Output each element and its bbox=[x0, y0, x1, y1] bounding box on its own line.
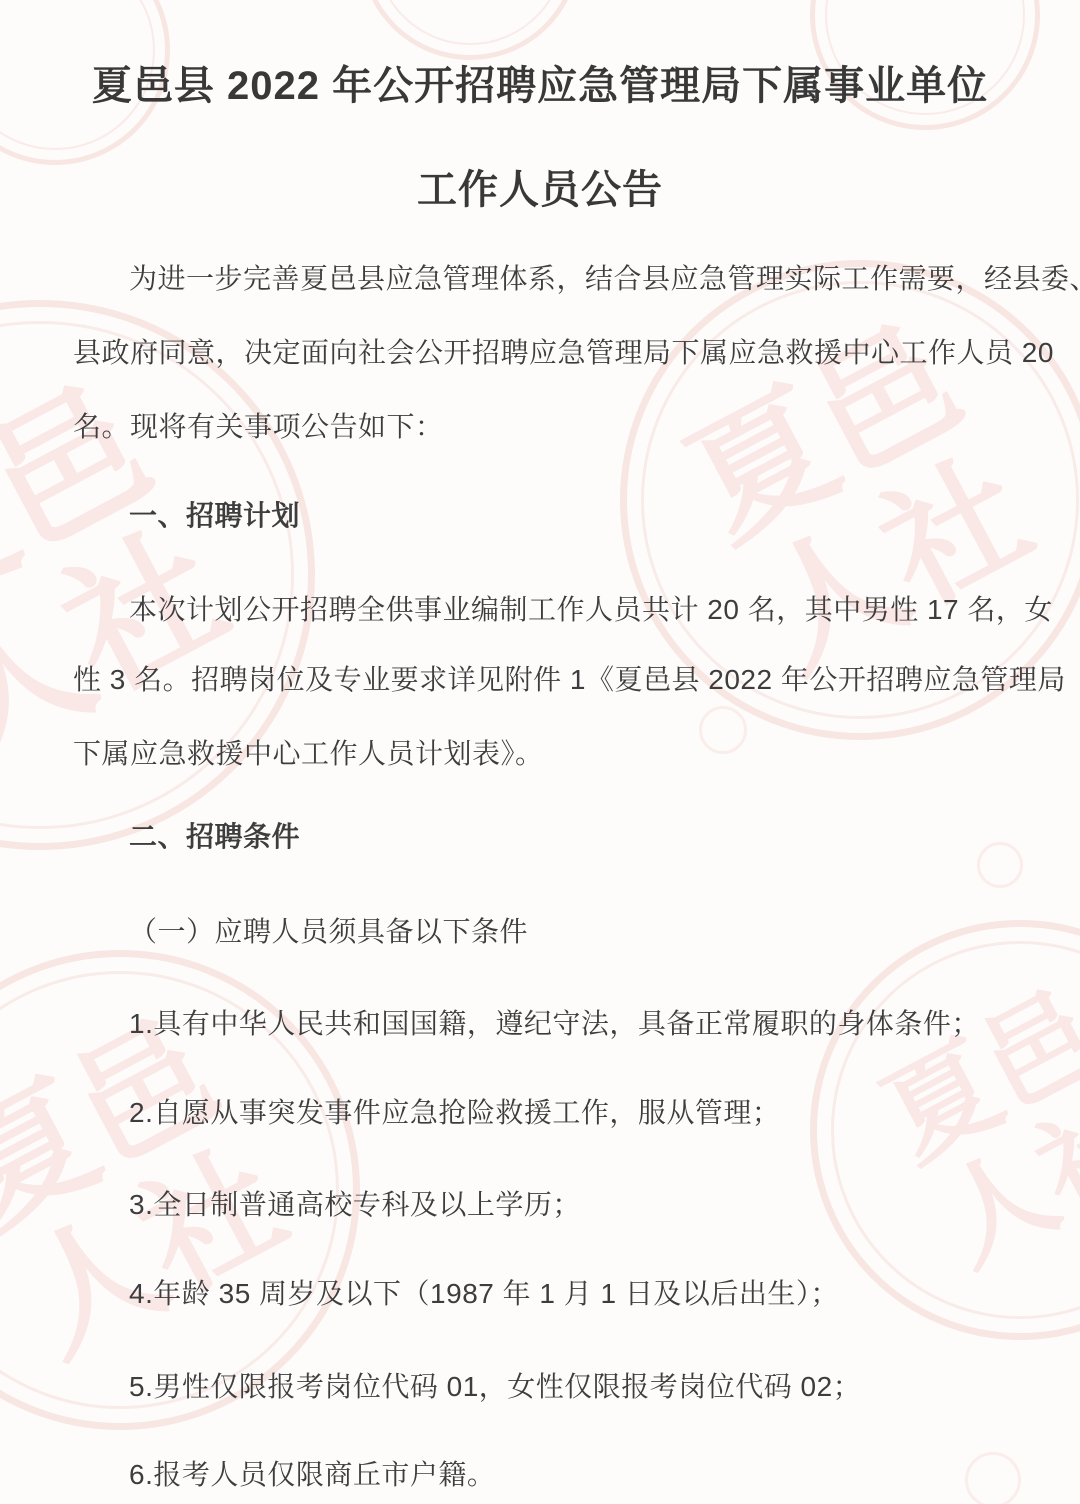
paragraph-1-line-2: 县政府同意，决定面向社会公开招聘应急管理局下属应急救援中心工作人员 20 bbox=[73, 336, 1033, 370]
watermark-ring bbox=[360, 0, 580, 60]
condition-item-4: 4.年龄 35 周岁及以下（1987 年 1 月 1 日及以后出生）； bbox=[73, 1277, 1080, 1311]
doc-title-line-2: 工作人员公告 bbox=[0, 166, 1080, 214]
paragraph-2-line-1: 本次计划公开招聘全供事业编制工作人员共计 20 名，其中男性 17 名，女 bbox=[73, 593, 1080, 627]
condition-item-1: 1.具有中华人民共和国国籍，遵纪守法，具备正常履职的身体条件； bbox=[73, 1007, 1080, 1041]
heading-recruitment-plan: 一、招聘计划 bbox=[73, 499, 1080, 533]
paragraph-1-line-1: 为进一步完善夏邑县应急管理体系，结合县应急管理实际工作需要，经县委、 bbox=[73, 262, 1080, 296]
paragraph-2-line-2: 性 3 名。招聘岗位及专业要求详见附件 1《夏邑县 2022 年公开招聘应急管理… bbox=[73, 663, 1033, 697]
subheading-condition-intro: （一）应聘人员须具备以下条件 bbox=[73, 915, 1080, 949]
condition-item-5: 5.男性仅限报考岗位代码 01，女性仅限报考岗位代码 02； bbox=[73, 1370, 1080, 1404]
condition-item-3: 3.全日制普通高校专科及以上学历； bbox=[73, 1188, 1080, 1222]
paragraph-1-line-3: 名。现将有关事项公告如下： bbox=[73, 410, 1033, 444]
condition-item-6: 6.报考人员仅限商丘市户籍。 bbox=[73, 1458, 1080, 1492]
paragraph-2-line-3: 下属应急救援中心工作人员计划表》。 bbox=[73, 737, 1033, 771]
doc-title-line-1: 夏邑县 2022 年公开招聘应急管理局下属事业单位 bbox=[0, 62, 1080, 110]
heading-recruitment-conditions: 二、招聘条件 bbox=[73, 820, 1080, 854]
announcement-page: 夏邑人社 夏邑人社 夏邑人社 夏邑人社 夏邑县 2022 年公开招聘应急管理局下… bbox=[0, 0, 1080, 1504]
condition-item-2: 2.自愿从事突发事件应急抢险救援工作，服从管理； bbox=[73, 1096, 1080, 1130]
